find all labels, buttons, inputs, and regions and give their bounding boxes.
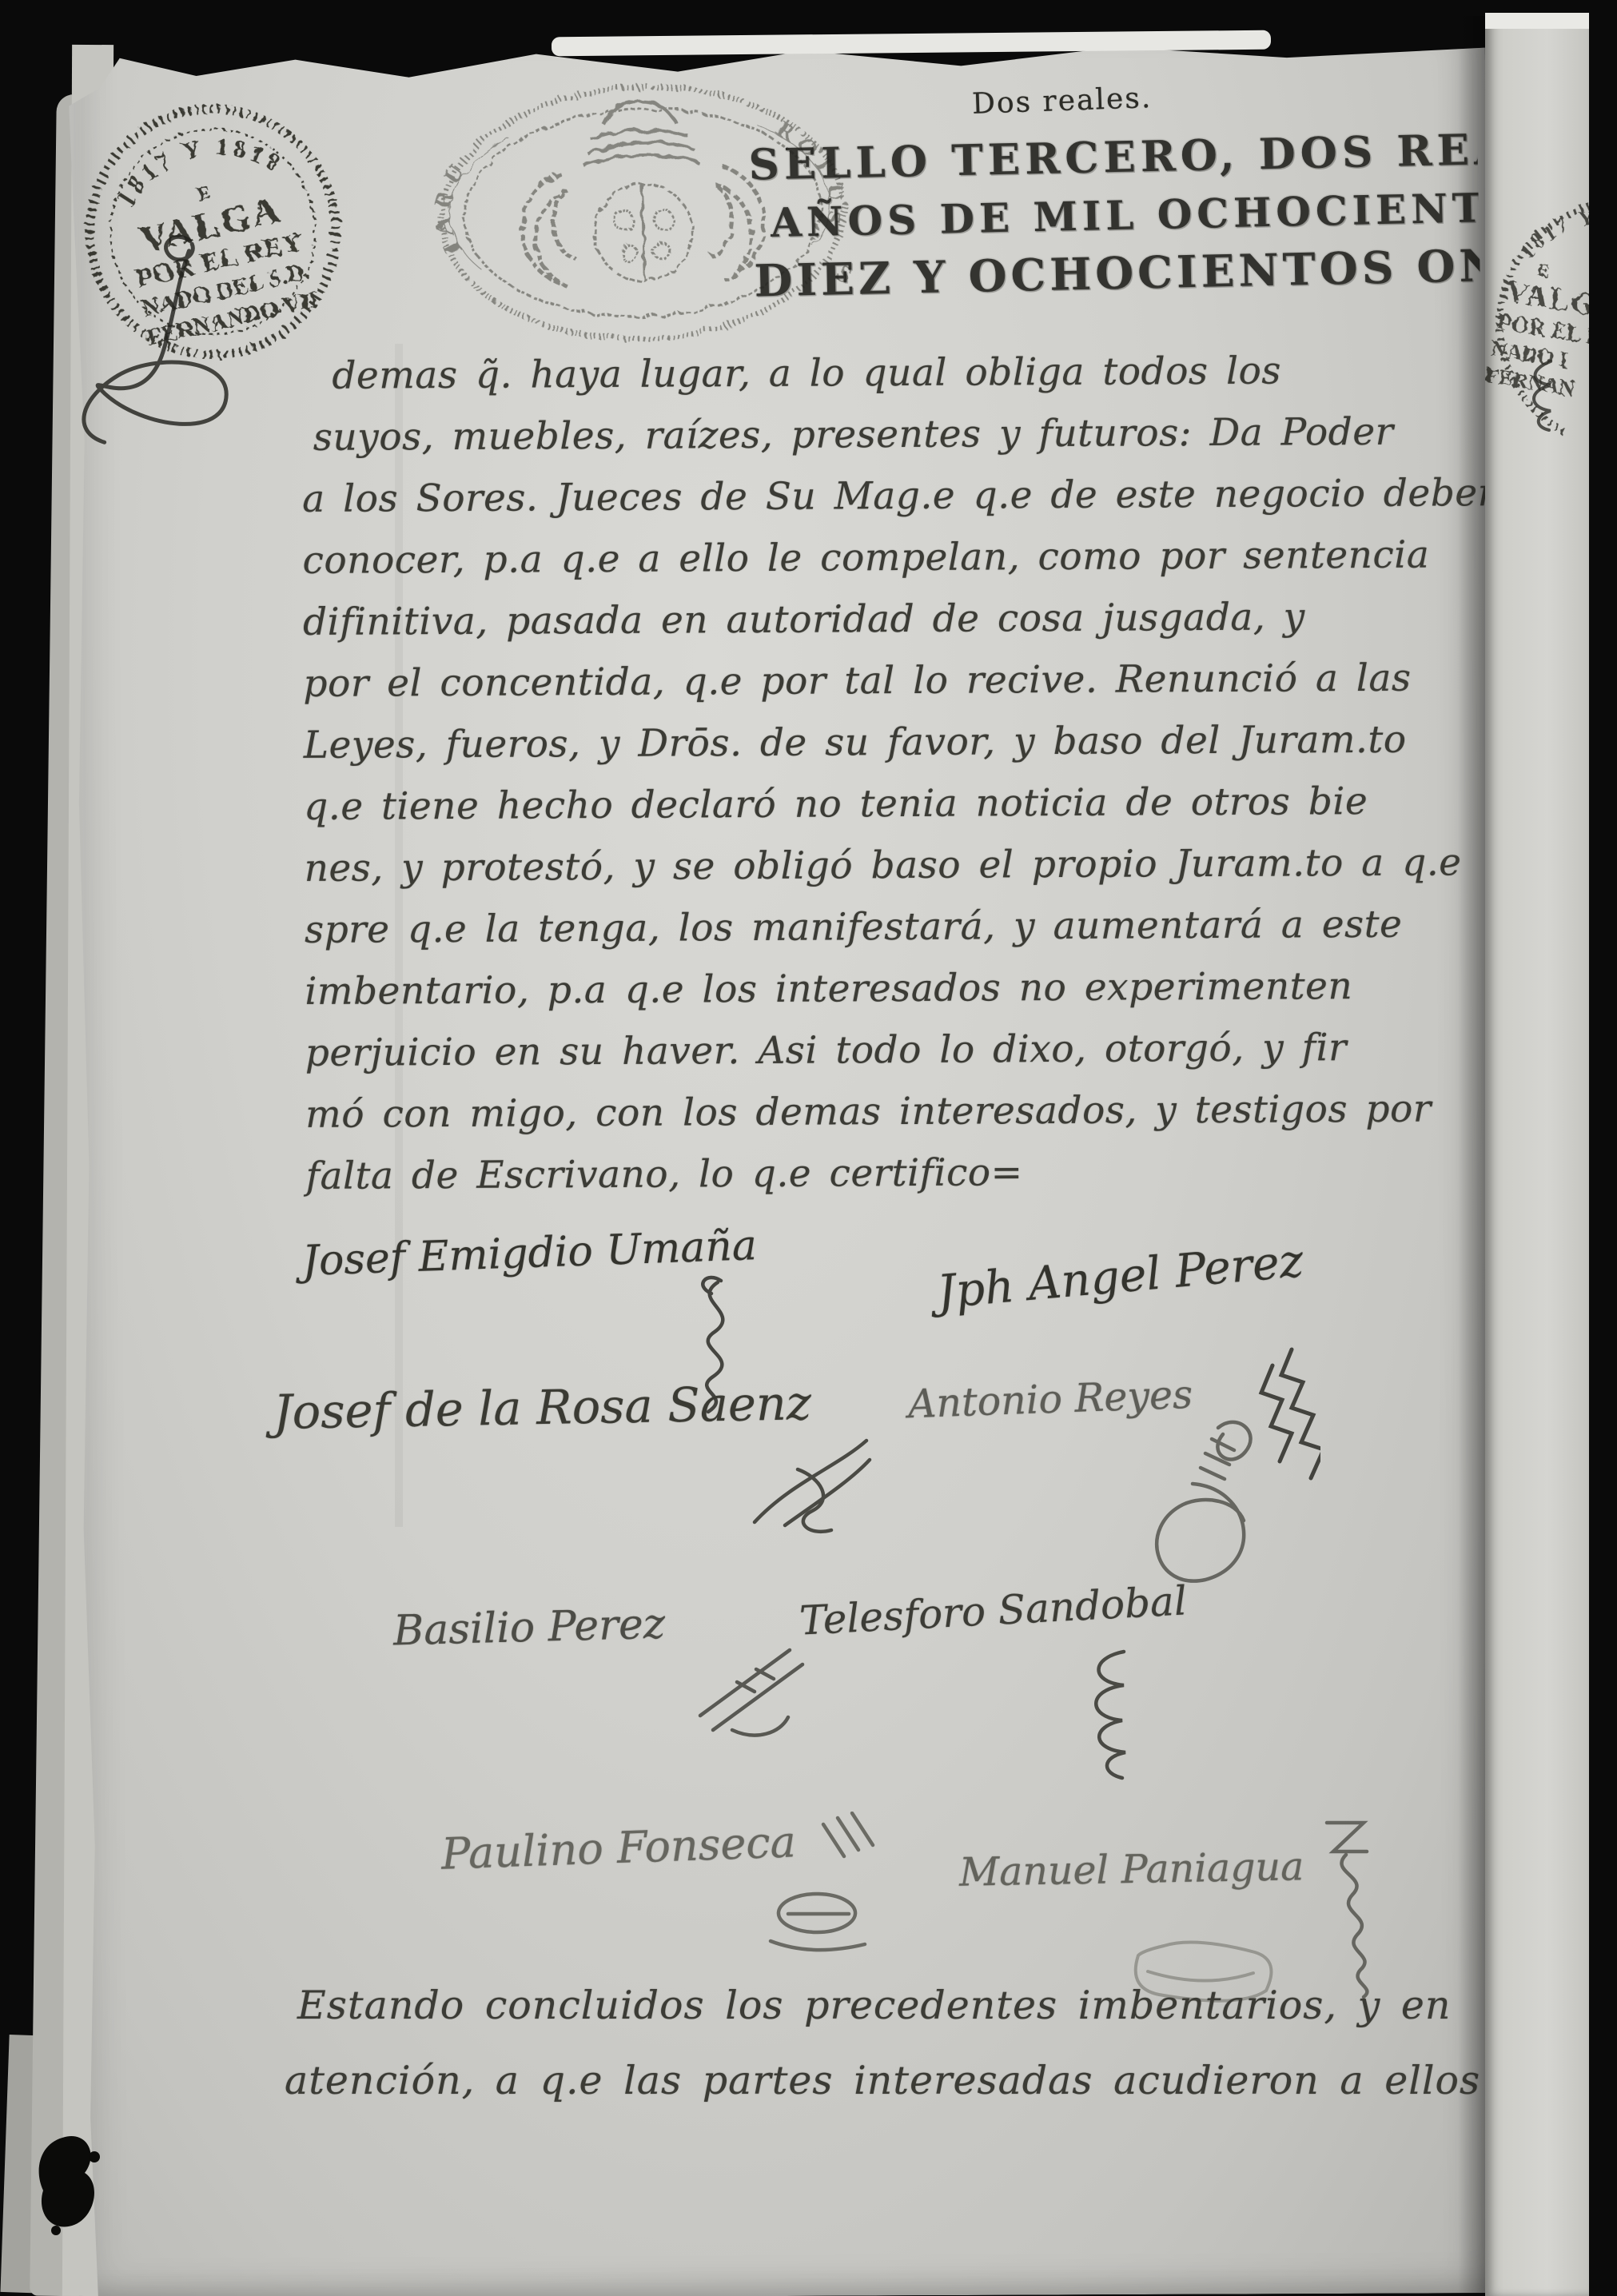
rubric-flourish <box>1116 1407 1279 1592</box>
manuscript-line: conocer, p.a q.e a ello le compelan, com… <box>302 524 1503 592</box>
manuscript-line: mó con migo, con los demas interesados, … <box>305 1078 1506 1146</box>
photo-backdrop: 1817 Y 1818 E VALGA POR EL REY NADO DEL … <box>0 0 1617 2296</box>
manuscript-line: falta de Escrivano, lo q.e certifico= <box>305 1139 1506 1207</box>
rubric-flourish <box>1512 357 1576 433</box>
seal-scroll-left <box>520 173 579 286</box>
rubric-flourish <box>684 1626 822 1760</box>
fee-note: Dos reales. <box>971 82 1152 121</box>
stamp-monogram: E <box>1536 260 1551 281</box>
manuscript-line: atención, a q.e las partes interesadas a… <box>285 2043 1480 2119</box>
manuscript-line: a los Sores. Jueces de Su Mag.e q.e de e… <box>302 462 1503 530</box>
page-fold-shadow <box>1458 16 1488 2296</box>
closing-paragraph: Estando concluidos los precedentes imben… <box>297 1968 1480 2119</box>
svg-text:1817 Y: 1817 Y <box>1513 194 1589 273</box>
printed-header-line-2: AÑOS DE MIL OCHOCIENT <box>770 184 1479 246</box>
signature-manuel-paniagua: Manuel Paniagua <box>959 1844 1304 1895</box>
seal-shield <box>593 181 694 282</box>
manuscript-line: spre q.e la tenga, los manifestará, y au… <box>305 893 1505 961</box>
manuscript-line: demas q̃. haya lugar, a lo qual obliga t… <box>301 339 1502 407</box>
stamp-monogram: E <box>195 182 213 206</box>
manuscript-line: difinitiva, pasada en autoridad de cosa … <box>303 585 1503 653</box>
manuscript-line: por el concentida, q.e por tal lo recive… <box>303 647 1503 715</box>
manuscript-line: imbentario, p.a q.e los interesados no e… <box>305 955 1505 1022</box>
manuscript-line: suyos, muebles, raízes, presentes y futu… <box>302 401 1503 468</box>
signature-josef-de-la-rosa-saenz: Josef de la Rosa Saenz <box>273 1375 811 1440</box>
signature-basilio-perez: Basilio Perez <box>392 1600 666 1656</box>
manuscript-line: q.e tiene hecho declaró no tenia noticia… <box>304 770 1504 838</box>
stamp-arc-years: 1817 Y <box>1513 194 1589 273</box>
svg-text:IARU: IARU <box>428 153 477 258</box>
seal-ring-text-left: IARU <box>428 153 477 258</box>
handwritten-body: demas q̃. haya lugar, a lo qual obliga t… <box>301 339 1506 1207</box>
facing-page-top-edge <box>1485 13 1589 29</box>
manuscript-line: Estando concluidos los precedentes imben… <box>297 1968 1480 2043</box>
ink-blob <box>32 2130 121 2245</box>
manuscript-line: perjuicio en su haver. Asi todo lo dixo,… <box>305 1016 1506 1084</box>
rubric-flourish <box>1068 1644 1149 1789</box>
manuscript-line: Leyes, fueros, y Drōs. de su favor, y ba… <box>304 708 1504 776</box>
rubric-flourish-left-margin <box>10 215 301 492</box>
rubric-flourish <box>742 1428 879 1541</box>
printed-header: SELLO TERCERO, DOS REA AÑOS DE MIL OCHOC… <box>748 125 1480 306</box>
facing-page-edge: 1817 Y E VALGA POR EL R NADO I FERNAN <box>1485 13 1589 2296</box>
rubric-flourish <box>747 1812 902 1968</box>
manuscript-line: nes, y protestó, y se obligó baso el pro… <box>304 831 1504 899</box>
